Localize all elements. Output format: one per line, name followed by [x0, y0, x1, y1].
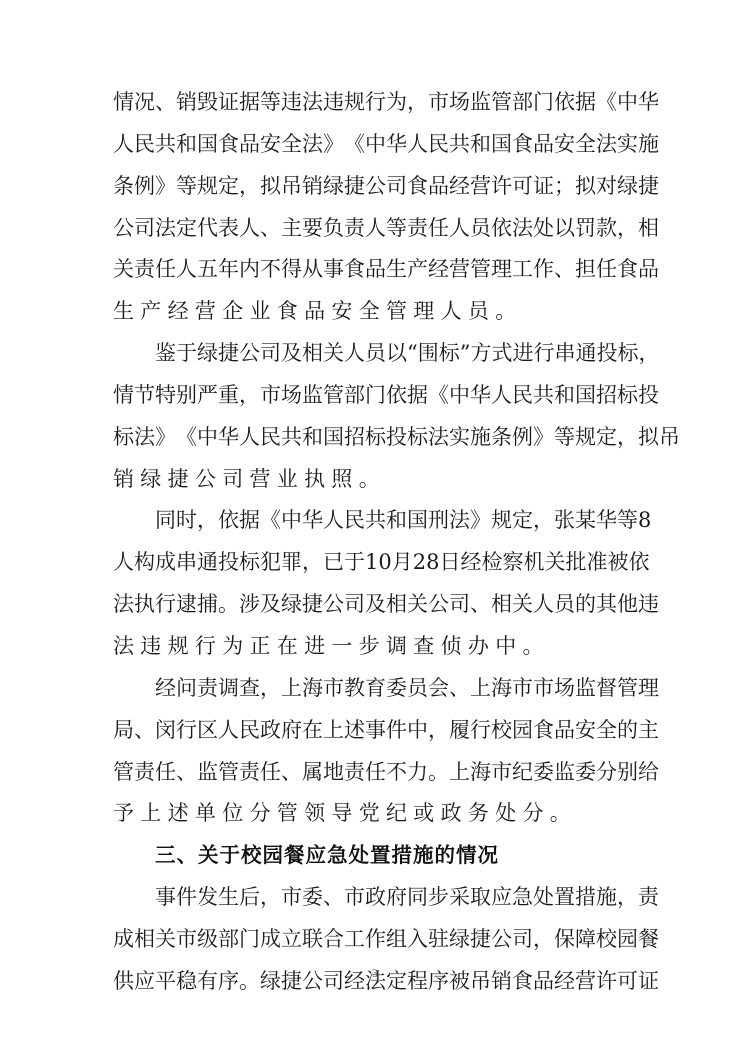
text-line: 经问责调查，上海市教育委员会、上海市市场监督管理 — [113, 668, 639, 710]
text-line: 条例》等规定，拟吊销绿捷公司食品经营许可证；拟对绿捷 — [113, 166, 639, 208]
text-line: 局、闵行区人民政府在上述事件中，履行校园食品安全的主 — [113, 710, 639, 752]
paragraph-emergency-response: 事件发生后，市委、市政府同步采取应急处置措施，责 成相关市级部门成立联合工作组入… — [113, 877, 639, 1003]
text-line: 生产经营企业食品安全管理人员。 — [113, 291, 639, 333]
text-line: 公司法定代表人、主要负责人等责任人员依法处以罚款，相 — [113, 208, 639, 250]
text-line: 管责任、监管责任、属地责任不力。上海市纪委监委分别给 — [113, 752, 639, 794]
paragraph-criminal-arrest: 同时，依据《中华人民共和国刑法》规定，张某华等8 人构成串通投标犯罪，已于10月… — [113, 500, 639, 667]
text-line: 销绿捷公司营业执照。 — [113, 459, 639, 501]
text-line: 同时，依据《中华人民共和国刑法》规定，张某华等8 — [113, 500, 639, 542]
text-line: 成相关市级部门成立联合工作组入驻绿捷公司，保障校园餐 — [113, 919, 639, 961]
section-heading: 三、关于校园餐应急处置措施的情况 — [113, 835, 639, 877]
text-line: 鉴于绿捷公司及相关人员以“围标”方式进行串通投标， — [113, 333, 639, 375]
text-line: 人构成串通投标犯罪，已于10月28日经检察机关批准被依 — [113, 542, 639, 584]
paragraph-bid-rigging-license: 鉴于绿捷公司及相关人员以“围标”方式进行串通投标， 情节特别严重，市场监管部门依… — [113, 333, 639, 500]
text-line: 情节特别严重，市场监管部门依据《中华人民共和国招标投 — [113, 375, 639, 417]
text-line: 关责任人五年内不得从事食品生产经营管理工作、担任食品 — [113, 249, 639, 291]
text-line: 予上述单位分管领导党纪或政务处分。 — [113, 793, 639, 835]
page-number: 3 — [0, 966, 750, 981]
paragraph-accountability: 经问责调查，上海市教育委员会、上海市市场监督管理 局、闵行区人民政府在上述事件中… — [113, 668, 639, 835]
text-line: 事件发生后，市委、市政府同步采取应急处置措施，责 — [113, 877, 639, 919]
text-line: 法执行逮捕。涉及绿捷公司及相关公司、相关人员的其他违 — [113, 584, 639, 626]
text-line: 人民共和国食品安全法》《中华人民共和国食品安全法实施 — [113, 124, 639, 166]
text-line: 情况、销毁证据等违法违规行为，市场监管部门依据《中华 — [113, 82, 639, 124]
text-line: 法违规行为正在进一步调查侦办中。 — [113, 626, 639, 668]
document-page: 情况、销毁证据等违法违规行为，市场监管部门依据《中华 人民共和国食品安全法》《中… — [113, 82, 639, 1003]
text-line: 标法》《中华人民共和国招标投标法实施条例》等规定，拟吊 — [113, 417, 639, 459]
paragraph-penalties-food-safety: 情况、销毁证据等违法违规行为，市场监管部门依据《中华 人民共和国食品安全法》《中… — [113, 82, 639, 333]
